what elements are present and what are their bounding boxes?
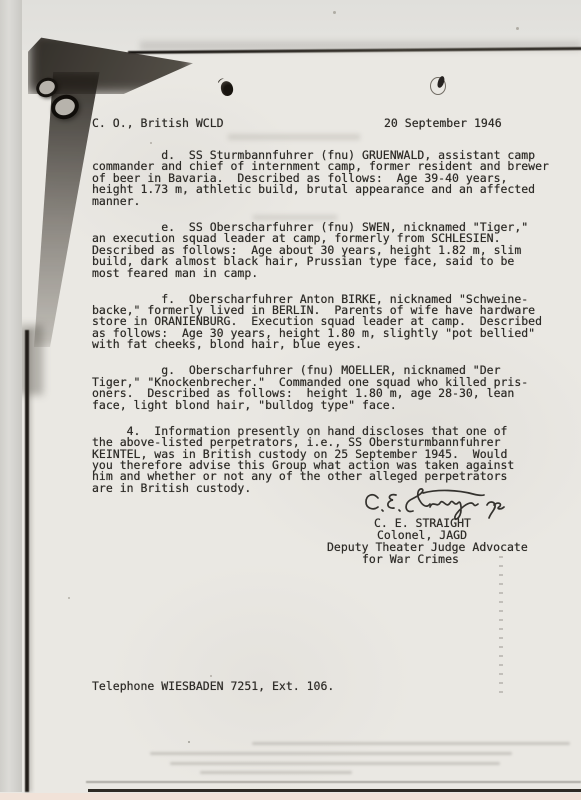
signature-title-line2: for War Crimes (362, 553, 459, 565)
ink-smudge (228, 134, 360, 140)
scan-speck (150, 142, 152, 144)
bleed-through-line (86, 781, 581, 783)
fastener-mark-right (430, 77, 446, 95)
paragraph-e: e. SS Oberscharfuhrer (fnu) SWEN, nickna… (92, 222, 562, 279)
letter-body: d. SS Sturmbannfuhrer (fnu) GRUENWALD, a… (92, 150, 562, 509)
scan-shadow-tail (19, 325, 43, 395)
paragraph-d: d. SS Sturmbannfuhrer (fnu) GRUENWALD, a… (92, 150, 562, 207)
bleed-through-text (150, 752, 512, 755)
bleed-through-text (200, 771, 352, 774)
date-line: 20 September 1946 (384, 117, 502, 129)
scan-speck (188, 741, 190, 743)
bleed-through-text (252, 742, 570, 745)
page-bottom-edge (88, 789, 581, 792)
scan-speck (210, 675, 212, 677)
recipient-line: C. O., British WCLD (92, 117, 224, 129)
paragraph-4: 4. Information presently on hand disclos… (92, 426, 562, 495)
scan-speck (516, 27, 519, 30)
paragraph-g: g. Oberscharfuhrer (fnu) MOELLER, nickna… (92, 365, 562, 411)
scanner-background-left (0, 0, 22, 792)
fastener-mark-center (220, 80, 235, 97)
bleed-through-text (170, 762, 500, 765)
scan-speck (68, 597, 70, 599)
scanned-letter-page: C. O., British WCLD 20 September 1946 d.… (0, 0, 581, 800)
scanner-background-bottom (0, 793, 581, 800)
telephone-line: Telephone WIESBADEN 7251, Ext. 106. (92, 680, 334, 692)
paragraph-f: f. Oberscharfuhrer Anton BIRKE, nickname… (92, 294, 562, 351)
scan-speck (333, 11, 336, 14)
page-left-edge (25, 330, 29, 792)
scan-speckle-column (499, 556, 503, 694)
